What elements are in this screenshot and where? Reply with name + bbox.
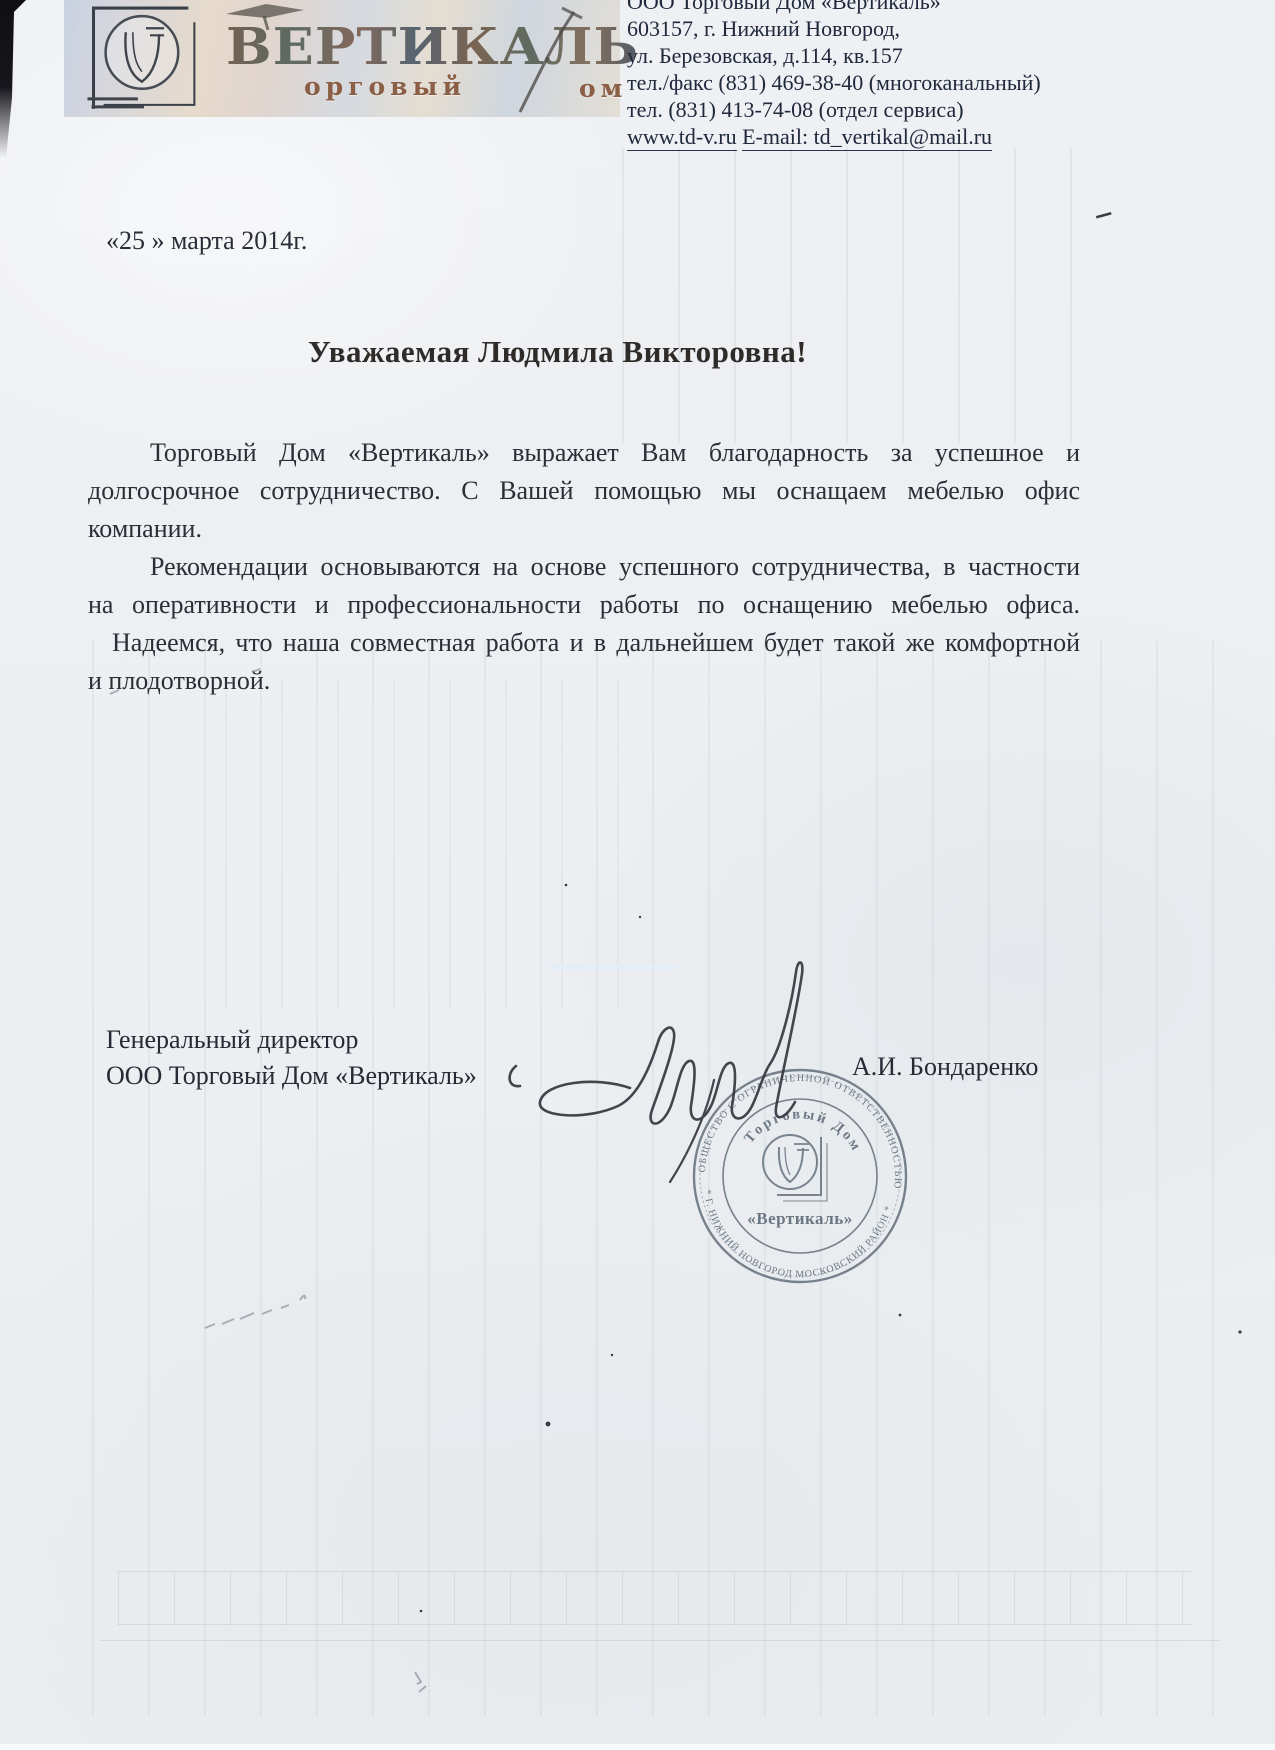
email-text: td_vertikal@mail.ru: [814, 124, 993, 151]
logo-v-emblem-icon: [76, 0, 226, 117]
contact-street-line: ул. Березовская, д.114, кв.157: [627, 42, 1067, 69]
scan-bottom-edge: [0, 1744, 1275, 1750]
showthrough-table-band: [118, 1571, 1193, 1625]
contact-company-line: ООО Торговый Дом «Вертикаль»: [627, 0, 1067, 15]
salutation: Уважаемая Людмила Викторовна!: [308, 334, 807, 370]
letter-body: Торговый Дом «Вертикаль» выражает Вам бл…: [88, 434, 1080, 700]
company-logo: ВЕРТИКАЛЬ орговый ом: [64, 0, 620, 117]
body-line: Надеемся, что наша совместная работа и в…: [88, 624, 1080, 662]
email-label: E-mail:: [742, 124, 808, 151]
body-line: Торговый Дом «Вертикаль» выражает Вам бл…: [88, 434, 1080, 472]
contact-web-line: www.td-v.ru E-mail: td_vertikal@mail.ru: [627, 123, 1067, 150]
body-line: Рекомендации основываются на основе успе…: [88, 548, 1080, 586]
contact-phone-fax-line: тел./факс (831) 469-38-40 (многоканальны…: [627, 69, 1067, 96]
body-line: на оперативности и профессиональности ра…: [88, 586, 1080, 624]
signer-title: Генеральный директор: [106, 1022, 477, 1058]
company-contacts: ООО Торговый Дом «Вертикаль» 603157, г. …: [627, 0, 1067, 150]
logo-t-flourish: [222, 0, 312, 30]
letter-date: «25 » марта 2014г.: [106, 226, 307, 256]
signoff-block: Генеральный директор ООО Торговый Дом «В…: [106, 1022, 477, 1094]
scanned-letter-page: ВЕРТИКАЛЬ орговый ом ООО Торговый Дом «В…: [0, 0, 1275, 1750]
handwritten-signature: [500, 830, 860, 1210]
website-text: www.td-v.ru: [627, 124, 737, 151]
signer-company: ООО Торговый Дом «Вертикаль»: [106, 1058, 477, 1094]
logo-word-torgovy: орговый: [304, 72, 466, 101]
logo-d-flourish: [512, 6, 592, 116]
body-line: долгосрочное сотрудничество. С Вашей пом…: [88, 472, 1080, 510]
contact-postal-line: 603157, г. Нижний Новгород,: [627, 15, 1067, 42]
contact-phone-service-line: тел. (831) 413-74-08 (отдел сервиса): [627, 96, 1067, 123]
body-line: и плодотворной.: [88, 662, 1080, 700]
showthrough-line: [100, 1640, 1220, 1641]
body-line: компании.: [88, 510, 1080, 548]
seal-company-name: «Вертикаль»: [747, 1209, 852, 1228]
